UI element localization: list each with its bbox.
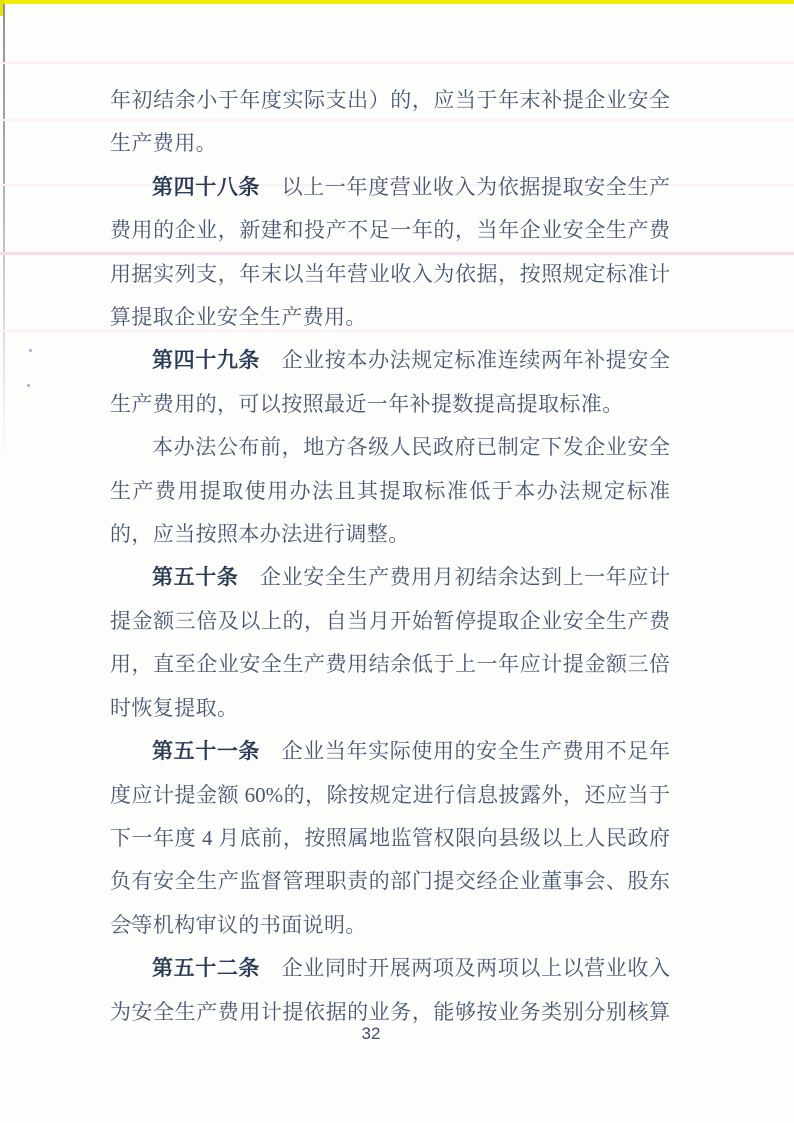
scan-speck	[29, 349, 32, 352]
text-line: 第五十一条 企业当年实际使用的安全生产费用不足年	[110, 730, 670, 773]
article-number: 第五十条	[152, 566, 238, 589]
text-line: 本办法公布前，地方各级人民政府已制定下发企业安全	[110, 426, 670, 469]
text-line: 的，应当按照本办法进行调整。	[110, 513, 670, 556]
scanned-document-page: 年初结余小于年度实际支出）的，应当于年末补提企业安全生产费用。第四十八条 以上一…	[0, 0, 794, 1123]
text-line: 用，直至企业安全生产费用结余低于上一年应计提金额三倍	[110, 643, 670, 686]
text-line: 费用的企业，新建和投产不足一年的，当年企业安全生产费	[110, 209, 670, 252]
text-line: 度应计提金额 60%的，除按规定进行信息披露外，还应当于	[110, 774, 670, 817]
text-line: 年初结余小于年度实际支出）的，应当于年末补提企业安全	[110, 79, 670, 122]
text-line: 负有安全生产监督管理职责的部门提交经企业董事会、股东	[110, 860, 670, 903]
text-line: 下一年度 4 月底前，按照属地监管权限向县级以上人民政府	[110, 817, 670, 860]
article-number: 第五十二条	[152, 957, 260, 980]
text-line: 会等机构审议的书面说明。	[110, 904, 670, 947]
text-line: 算提取企业安全生产费用。	[110, 296, 670, 339]
scan-edge-top	[0, 0, 794, 4]
text-line: 用据实列支，年末以当年营业收入为依据，按照规定标准计	[110, 253, 670, 296]
article-number: 第四十八条	[152, 176, 260, 199]
text-line: 第四十九条 企业按本办法规定标准连续两年补提安全	[110, 339, 670, 382]
article-number: 第四十九条	[152, 349, 260, 372]
text-line: 生产费用提取使用办法且其提取标准低于本办法规定标准	[110, 470, 670, 513]
page-number: 32	[341, 1024, 401, 1044]
scan-fold-line	[3, 4, 5, 459]
text-line: 时恢复提取。	[110, 687, 670, 730]
scan-artifact-line	[0, 62, 794, 64]
scan-speck	[27, 384, 30, 387]
text-line: 提金额三倍及以上的，自当月开始暂停提取企业安全生产费	[110, 600, 670, 643]
text-line: 第五十条 企业安全生产费用月初结余达到上一年应计	[110, 556, 670, 599]
text-line: 第四十八条 以上一年度营业收入为依据提取安全生产	[110, 166, 670, 209]
article-number: 第五十一条	[152, 740, 260, 763]
text-line: 第五十二条 企业同时开展两项及两项以上以营业收入	[110, 947, 670, 990]
text-line: 生产费用。	[110, 122, 670, 165]
text-line: 生产费用的，可以按照最近一年补提数提高提取标准。	[110, 383, 670, 426]
document-body: 年初结余小于年度实际支出）的，应当于年末补提企业安全生产费用。第四十八条 以上一…	[110, 79, 670, 1034]
